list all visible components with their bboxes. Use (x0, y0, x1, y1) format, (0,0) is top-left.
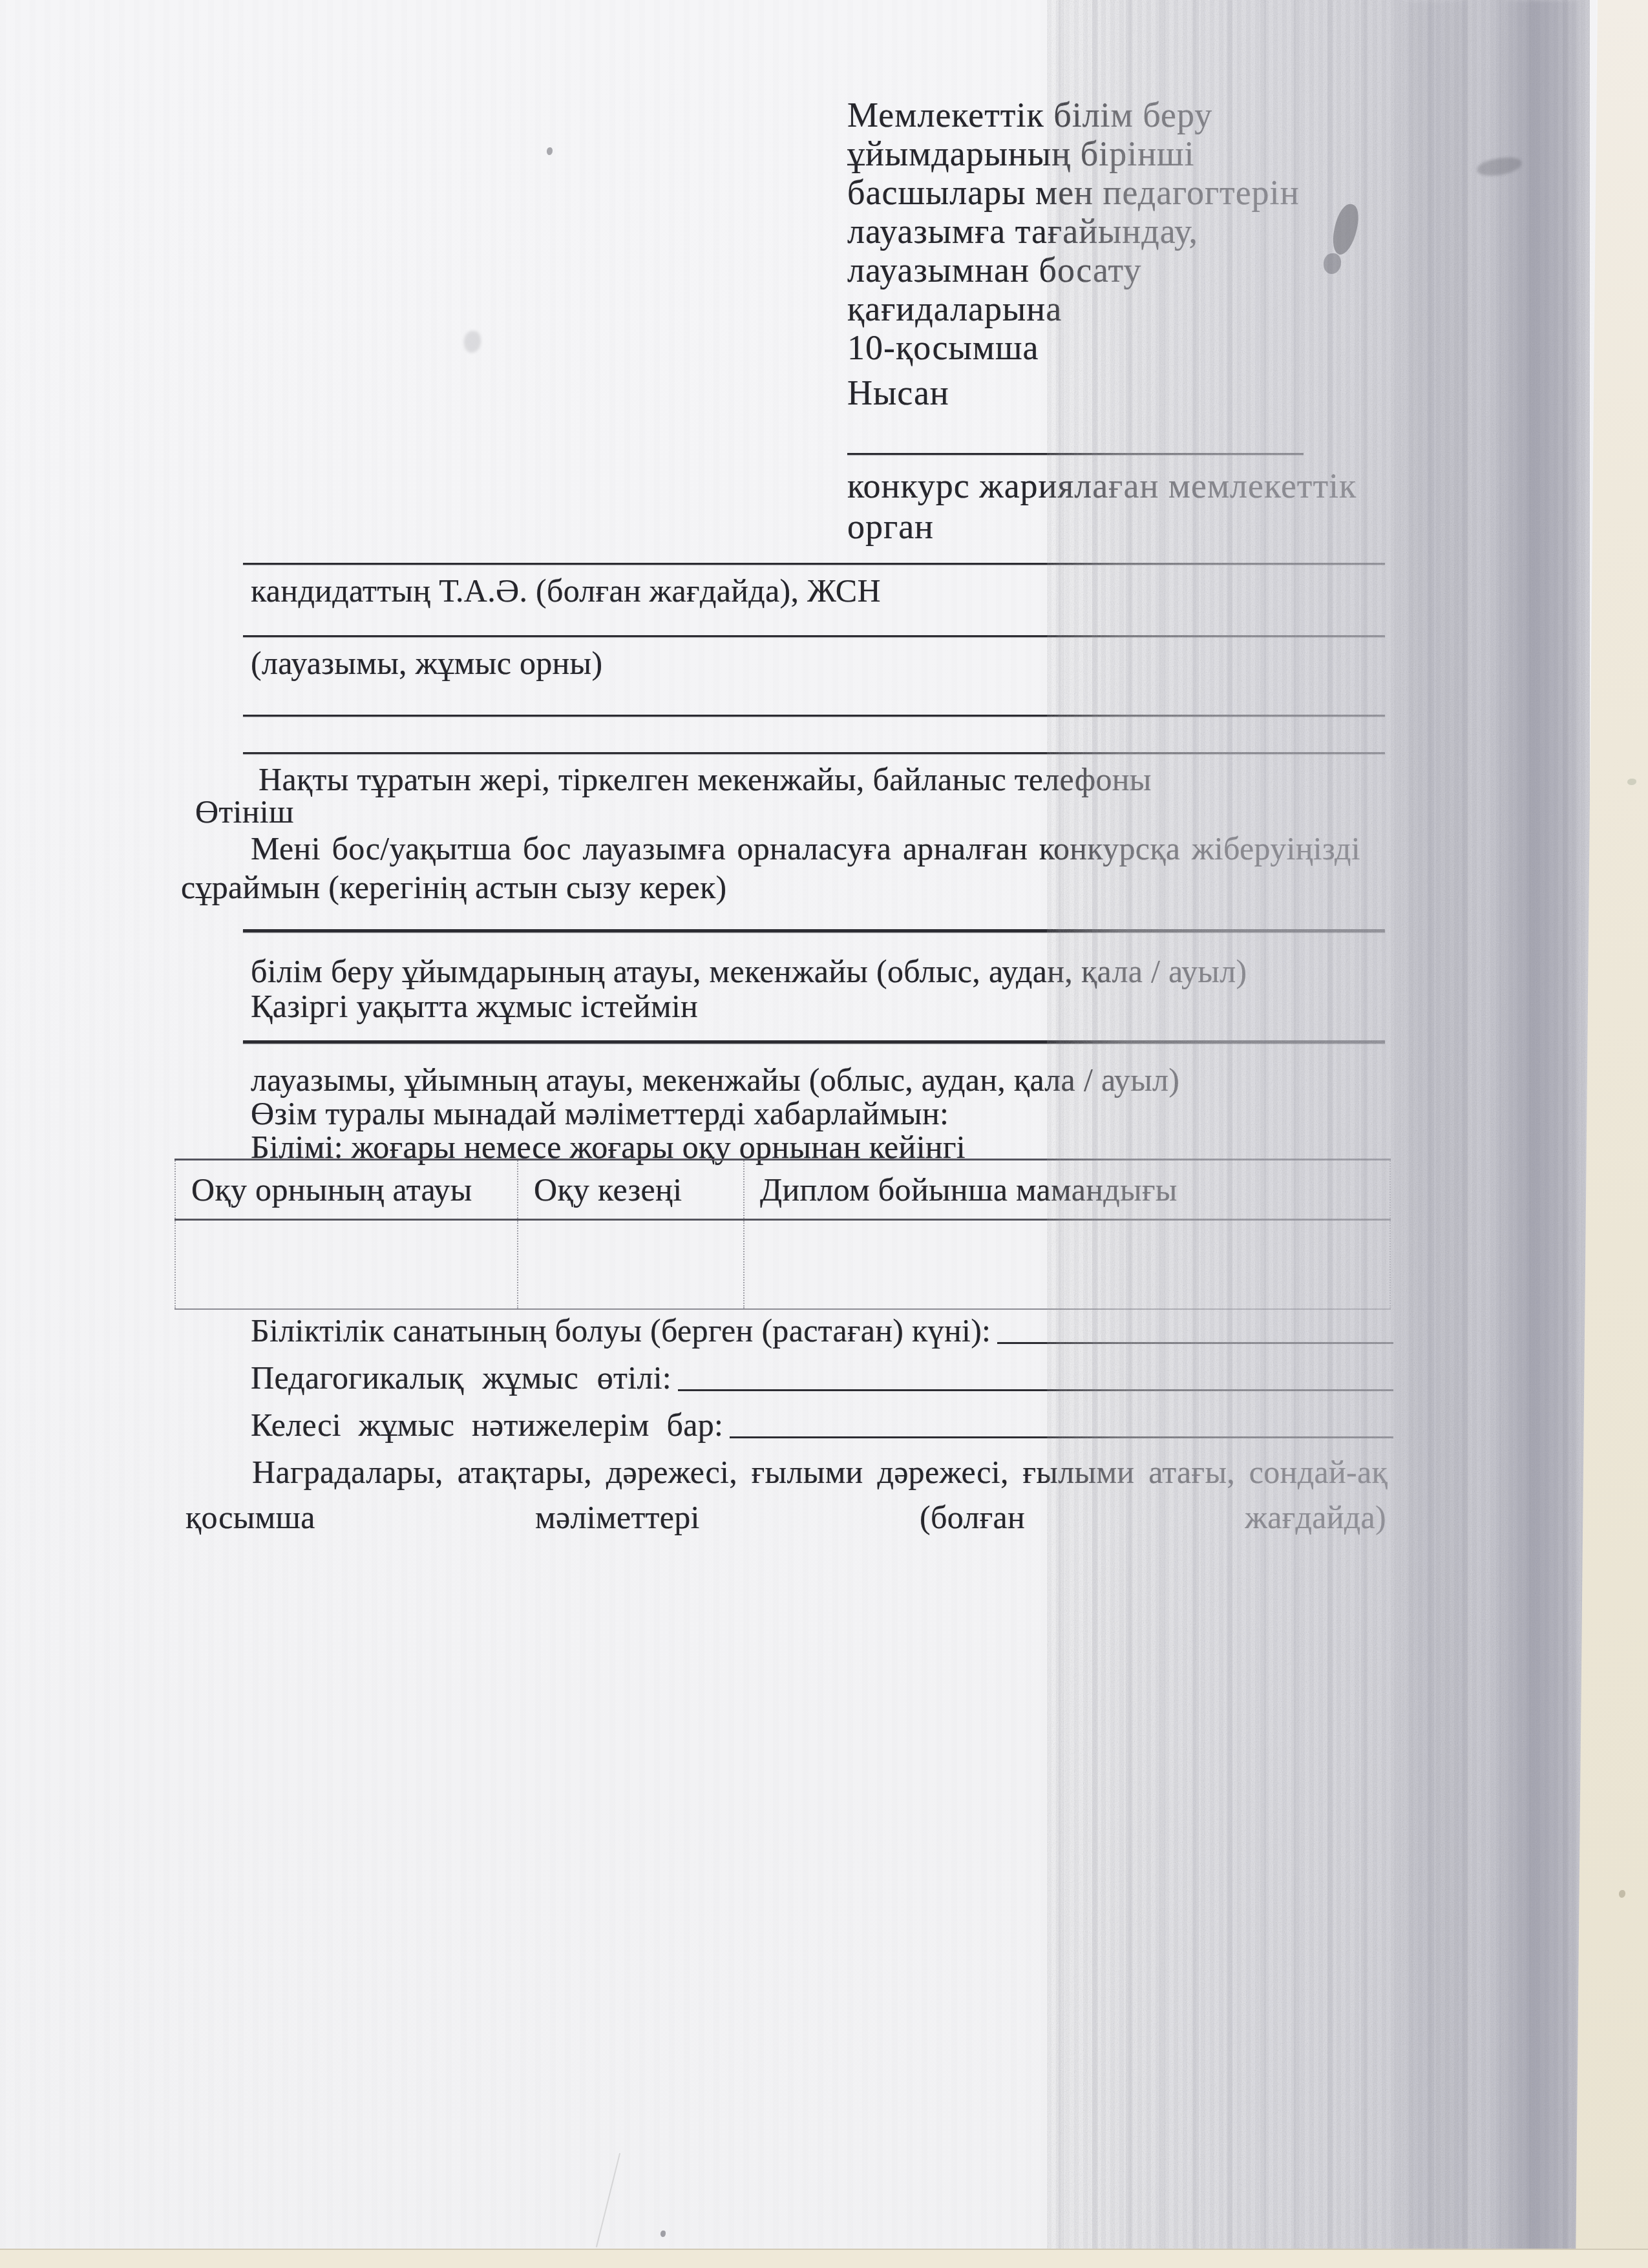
scan-noise-band (1047, 0, 1590, 2251)
word: қосымша (185, 1498, 315, 1536)
org-name-caption: білім беру ұйымдарының атауы, мекенжайы … (251, 952, 1247, 990)
appendix-ref-line-3: басшылары мен педагогтерін (847, 173, 1300, 212)
request-line-1: Менібос/уақытшабослауазымғаорналасуғаарн… (251, 830, 1360, 867)
org-caption-line-2: орган (847, 507, 934, 546)
teaching-experience-row: Педагогикалық жұмыс өтілі: (251, 1359, 1395, 1396)
scan-streaks (1047, 0, 1590, 2251)
about-intro-line: Өзім туралы мынадай мәліметтерді хабарла… (251, 1095, 949, 1132)
word: атақтары, (458, 1453, 592, 1491)
paper-edge-right (1551, 0, 1648, 2268)
scan-hairline (596, 2153, 620, 2247)
blank-fill-line-category (997, 1312, 1393, 1344)
edu-empty-cell-specialty (744, 1220, 1390, 1310)
word: (болған (920, 1498, 1025, 1536)
appendix-ref-line-1: Мемлекеттік білім беру (847, 96, 1212, 134)
word: бос (523, 830, 571, 867)
work-results-label: Келесі жұмыс нәтижелерім бар: (251, 1406, 723, 1444)
word: лауазымға (582, 830, 726, 867)
org-caption-line-1: конкурс жариялаған мемлекеттік (847, 467, 1357, 505)
scan-speck (660, 2231, 666, 2237)
appendix-ref-line-4: лауазымға тағайындау, (847, 212, 1198, 251)
teaching-experience-label: Педагогикалық жұмыс өтілі: (251, 1359, 671, 1396)
word: Наградалары, (252, 1453, 443, 1491)
edu-col-header-specialty: Диплом бойынша мамандығы (744, 1160, 1390, 1220)
blank-line-address-1 (243, 715, 1385, 717)
education-table-empty-row (175, 1220, 1390, 1310)
form-type-label: Нысан (847, 373, 949, 412)
word: арналған (903, 830, 1028, 867)
blank-line-position (243, 635, 1385, 637)
word: бос/уақытша (332, 830, 511, 867)
awards-line-2: қосымшамәліметтері(болғанжағдайда) (185, 1498, 1386, 1536)
edu-empty-cell-institution (175, 1220, 518, 1310)
word: дәрежесі, (877, 1453, 1008, 1491)
scan-speck (547, 147, 553, 155)
work-results-row: Келесі жұмыс нәтижелерім бар: (251, 1406, 1395, 1444)
scan-smudge (1476, 155, 1523, 178)
blank-line-candidate (243, 563, 1385, 565)
blank-line-address-2 (243, 752, 1385, 754)
ink-blot-small (1324, 253, 1341, 274)
scanned-document-page: Мемлекеттік білім беру ұйымдарының бірін… (0, 0, 1648, 2268)
qualification-category-label: Біліктілік санатының болуы (берген (раст… (251, 1312, 991, 1349)
position-caption: (лауазымы, жұмыс орны) (251, 644, 602, 682)
ink-blot (1329, 202, 1362, 257)
address-caption: Нақты тұратын жері, тіркелген мекенжайы,… (259, 761, 1152, 798)
word: жіберуіңізді (1192, 830, 1360, 867)
word: орналасуға (737, 830, 892, 867)
word: жағдайда) (1245, 1498, 1386, 1536)
education-table: Оқу орнының атауы Оқу кезеңі Диплом бойы… (174, 1159, 1391, 1310)
awards-line-1: Наградалары,атақтары,дәрежесі,ғылымидәре… (252, 1453, 1388, 1491)
qualification-category-row: Біліктілік санатының болуы (берген (раст… (251, 1312, 1395, 1349)
scan-speck (1619, 1890, 1625, 1898)
word: сондай-ақ (1249, 1453, 1388, 1491)
edu-col-header-institution: Оқу орнының атауы (175, 1160, 518, 1220)
request-line-2: сұраймын (керегінің астын сызу керек) (181, 868, 727, 906)
appendix-ref-line-7: 10-қосымша (847, 328, 1039, 367)
paper-edge-bottom (0, 2249, 1648, 2268)
word: ғылыми (752, 1453, 863, 1491)
appendix-ref-line-5: лауазымнан босату (847, 251, 1141, 289)
application-title: Өтініш (195, 793, 294, 830)
scan-speck (1627, 779, 1636, 785)
word: мәліметтері (535, 1498, 700, 1536)
edu-col-header-period: Оқу кезеңі (518, 1160, 744, 1220)
appendix-ref-line-6: қағидаларына (847, 289, 1062, 328)
word: атағы, (1148, 1453, 1235, 1491)
blank-line-organization (243, 929, 1385, 932)
candidate-caption: кандидаттың Т.А.Ә. (болған жағдайда), ЖС… (251, 572, 881, 609)
appendix-ref-line-2: ұйымдарының бірінші (847, 134, 1195, 173)
scan-grain-texture (1047, 0, 1590, 2251)
word: дәрежесі, (606, 1453, 737, 1491)
word: ғылыми (1023, 1453, 1135, 1491)
blank-line-workplace (243, 1040, 1385, 1044)
current-work-line: Қазіргі уақытта жұмыс істеймін (251, 987, 698, 1025)
edu-empty-cell-period (518, 1220, 744, 1310)
blank-fill-line-results (730, 1406, 1393, 1438)
word: конкурсқа (1039, 830, 1180, 867)
blank-fill-line-experience (678, 1359, 1393, 1391)
work-place-caption: лауазымы, ұйымның атауы, мекенжайы (облы… (251, 1061, 1179, 1098)
org-blank-line (847, 453, 1304, 455)
education-table-header-row: Оқу орнының атауы Оқу кезеңі Диплом бойы… (175, 1160, 1390, 1220)
scan-smudge-faint (464, 331, 481, 353)
word: Мені (251, 830, 321, 867)
